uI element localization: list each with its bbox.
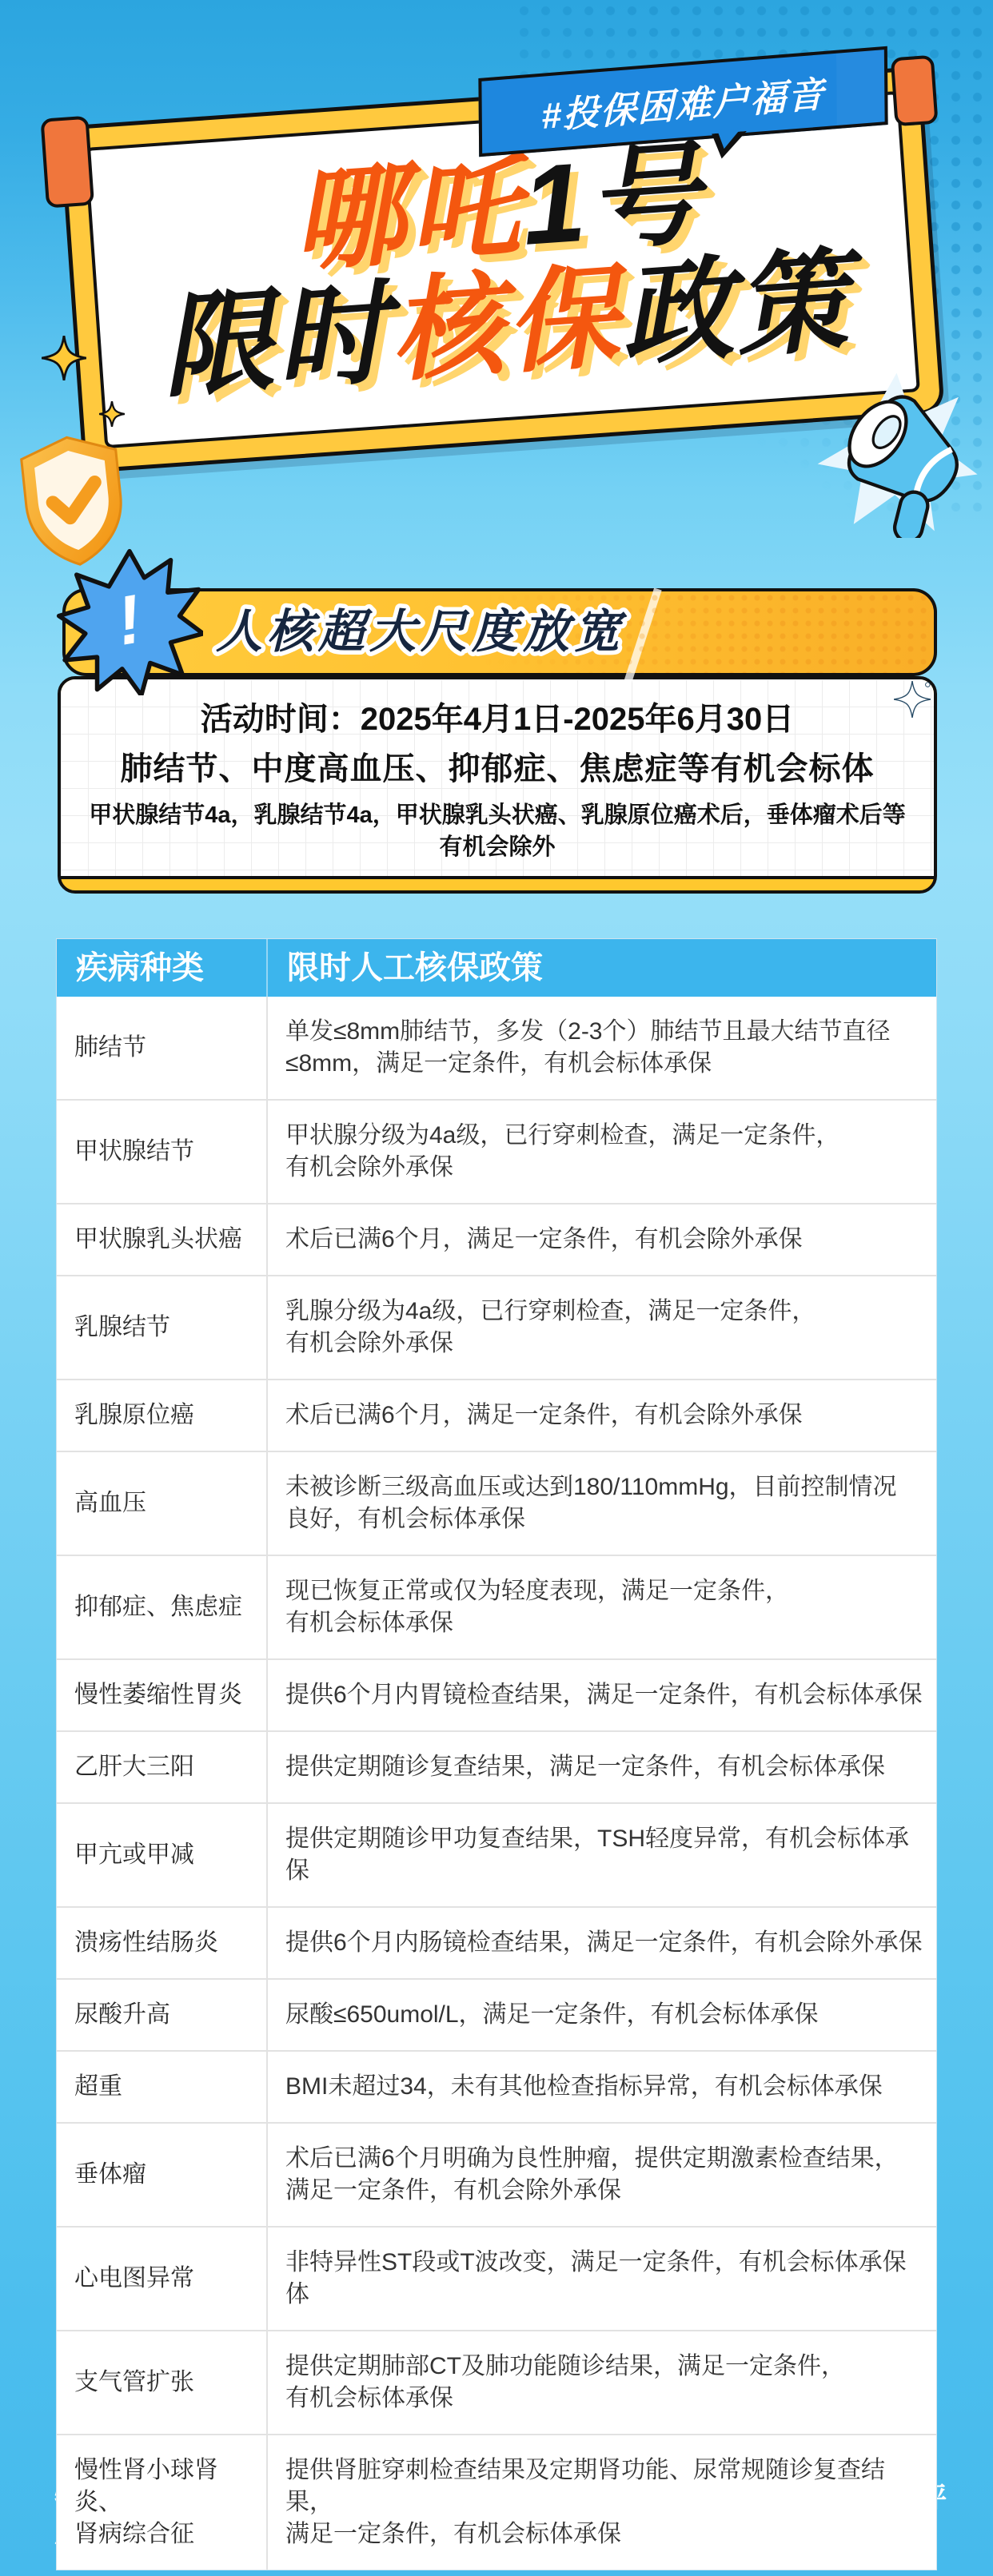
disease-cell: 乳腺结节 — [57, 1276, 268, 1379]
disease-cell: 抑郁症、焦虑症 — [57, 1556, 268, 1658]
eligible-conditions: 肺结节、中度高血压、抑郁症、焦虑症等有机会标体 — [77, 748, 918, 790]
table-row: 乳腺原位癌 术后已满6个月，满足一定条件，有机会除外承保 — [57, 1380, 936, 1452]
disease-cell: 乙肝大三阳 — [57, 1732, 268, 1802]
disease-cell: 心电图异常 — [57, 2228, 268, 2330]
table-row: 甲状腺乳头状癌 术后已满6个月，满足一定条件，有机会除外承保 — [57, 1204, 936, 1276]
policy-table: 疾病种类 限时人工核保政策 肺结节 单发≤8mm肺结节，多发（2-3个）肺结节且… — [57, 939, 936, 2570]
policy-cell: 非特异性ST段或T波改变，满足一定条件，有机会标体承保体 — [268, 2228, 936, 2330]
table-row: 溃疡性结肠炎 提供6个月内肠镜检查结果，满足一定条件，有机会除外承保 — [57, 1908, 936, 1980]
disease-cell: 溃疡性结肠炎 — [57, 1908, 268, 1978]
disease-cell: 超重 — [57, 2052, 268, 2122]
table-row: 高血压 未被诊断三级高血压或达到180/110mmHg，目前控制情况 良好，有机… — [57, 1452, 936, 1556]
policy-cell: 术后已满6个月，满足一定条件，有机会除外承保 — [268, 1380, 936, 1451]
policy-cell: 甲状腺分级为4a级，已行穿刺检查，满足一定条件， 有机会除外承保 — [268, 1101, 936, 1203]
table-row: 尿酸升高 尿酸≤650umol/L，满足一定条件，有机会标体承保 — [57, 1980, 936, 2052]
policy-cell: 术后已满6个月，满足一定条件，有机会除外承保 — [268, 1204, 936, 1275]
topic-badge-label: #投保困难户福音 — [541, 64, 826, 138]
table-row: 乳腺结节 乳腺分级为4a级，已行穿刺检查，满足一定条件， 有机会除外承保 — [57, 1276, 936, 1380]
corner-accent-right — [891, 55, 939, 127]
sparkle-icon — [42, 336, 86, 384]
header-disease-type: 疾病种类 — [57, 939, 268, 997]
table-row: 超重 BMI未超过34，未有其他检查指标异常，有机会标体承保 — [57, 2052, 936, 2124]
disease-cell: 高血压 — [57, 1452, 268, 1555]
disease-cell: 乳腺原位癌 — [57, 1380, 268, 1451]
header-policy: 限时人工核保政策 — [268, 939, 936, 997]
disease-cell: 慢性萎缩性胃炎 — [57, 1660, 268, 1730]
table-row: 甲亢或甲减 提供定期随诊甲功复查结果，TSH轻度异常，有机会标体承保 — [57, 1804, 936, 1908]
activity-time: 活动时间：2025年4月1日-2025年6月30日 — [77, 699, 918, 740]
exclusion-conditions-line1: 甲状腺结节4a，乳腺结节4a，甲状腺乳头状癌、乳腺原位癌术后，垂体瘤术后等 — [77, 799, 918, 831]
section-title: 人核超大尺度放宽 — [216, 606, 628, 658]
table-row: 心电图异常 非特异性ST段或T波改变，满足一定条件，有机会标体承保体 — [57, 2228, 936, 2331]
corner-accent-left — [40, 116, 94, 209]
table-row: 慢性肾小球肾炎、 肾病综合征 提供肾脏穿刺检查结果及定期肾功能、尿常规随诊复查结… — [57, 2435, 936, 2570]
activity-info-inner: 活动时间：2025年4月1日-2025年6月30日 肺结节、中度高血压、抑郁症、… — [61, 679, 934, 879]
table-row: 肺结节 单发≤8mm肺结节，多发（2-3个）肺结节且最大结节直径 ≤8mm，满足… — [57, 997, 936, 1101]
policy-cell: 提供肾脏穿刺检查结果及定期肾功能、尿常规随诊复查结果， 满足一定条件，有机会标体… — [268, 2435, 936, 2570]
table-row: 慢性萎缩性胃炎 提供6个月内胃镜检查结果，满足一定条件，有机会标体承保 — [57, 1660, 936, 1732]
table-row: 支气管扩张 提供定期肺部CT及肺功能随诊结果，满足一定条件， 有机会标体承保 — [57, 2331, 936, 2435]
shield-check-icon — [6, 428, 141, 578]
policy-cell: 提供定期随诊甲功复查结果，TSH轻度异常，有机会标体承保 — [268, 1804, 936, 1906]
policy-cell: 单发≤8mm肺结节，多发（2-3个）肺结节且最大结节直径 ≤8mm，满足一定条件… — [268, 997, 936, 1099]
table-row: 乙肝大三阳 提供定期随诊复查结果，满足一定条件，有机会标体承保 — [57, 1732, 936, 1804]
policy-cell: 提供6个月内肠镜检查结果，满足一定条件，有机会除外承保 — [268, 1908, 936, 1978]
disease-cell: 甲状腺乳头状癌 — [57, 1204, 268, 1275]
sparkle-icon — [99, 401, 125, 431]
disease-cell: 支气管扩张 — [57, 2331, 268, 2434]
policy-cell: 现已恢复正常或仅为轻度表现，满足一定条件， 有机会标体承保 — [268, 1556, 936, 1658]
disease-cell: 甲亢或甲减 — [57, 1804, 268, 1906]
title-part-limited: 限时 — [157, 269, 395, 411]
activity-info-box: 活动时间：2025年4月1日-2025年6月30日 肺结节、中度高血压、抑郁症、… — [58, 676, 937, 894]
policy-cell: 乳腺分级为4a级，已行穿刺检查，满足一定条件， 有机会除外承保 — [268, 1276, 936, 1379]
poster-page: #投保困难户福音 哪吒1号 限时核保政策 — [0, 0, 993, 2576]
disease-cell: 甲状腺结节 — [57, 1101, 268, 1203]
table-row: 甲状腺结节 甲状腺分级为4a级，已行穿刺检查，满足一定条件， 有机会除外承保 — [57, 1101, 936, 1204]
policy-cell: 未被诊断三级高血压或达到180/110mmHg，目前控制情况 良好，有机会标体承… — [268, 1452, 936, 1555]
disease-cell: 肺结节 — [57, 997, 268, 1099]
policy-cell: 尿酸≤650umol/L，满足一定条件，有机会标体承保 — [268, 1980, 936, 2050]
policy-cell: 提供6个月内胃镜检查结果，满足一定条件，有机会标体承保 — [268, 1660, 936, 1730]
megaphone-icon — [811, 366, 983, 542]
policy-cell: 提供定期随诊复查结果，满足一定条件，有机会标体承保 — [268, 1732, 936, 1802]
table-row: 垂体瘤 术后已满6个月明确为良性肿瘤，提供定期激素检查结果， 满足一定条件，有机… — [57, 2124, 936, 2228]
sparkle-icon — [894, 681, 931, 722]
speech-bubble-tail — [712, 131, 747, 160]
table-body: 肺结节 单发≤8mm肺结节，多发（2-3个）肺结节且最大结节直径 ≤8mm，满足… — [57, 997, 936, 2570]
title-part-policy: 政策 — [616, 237, 855, 378]
policy-cell: BMI未超过34，未有其他检查指标异常，有机会标体承保 — [268, 2052, 936, 2122]
title-part-underwriting: 核保 — [387, 253, 625, 395]
disease-cell: 垂体瘤 — [57, 2124, 268, 2226]
table-header-row: 疾病种类 限时人工核保政策 — [57, 939, 936, 997]
policy-cell: 术后已满6个月明确为良性肿瘤，提供定期激素检查结果， 满足一定条件，有机会除外承… — [268, 2124, 936, 2226]
section-title-wrap: 人核超大尺度放宽 — [211, 595, 915, 670]
disease-cell: 尿酸升高 — [57, 1980, 268, 2050]
table-row: 抑郁症、焦虑症 现已恢复正常或仅为轻度表现，满足一定条件， 有机会标体承保 — [57, 1556, 936, 1660]
disease-cell: 慢性肾小球肾炎、 肾病综合征 — [57, 2435, 268, 2570]
exclusion-conditions-line2: 有机会除外 — [77, 831, 918, 863]
policy-cell: 提供定期肺部CT及肺功能随诊结果，满足一定条件， 有机会标体承保 — [268, 2331, 936, 2434]
